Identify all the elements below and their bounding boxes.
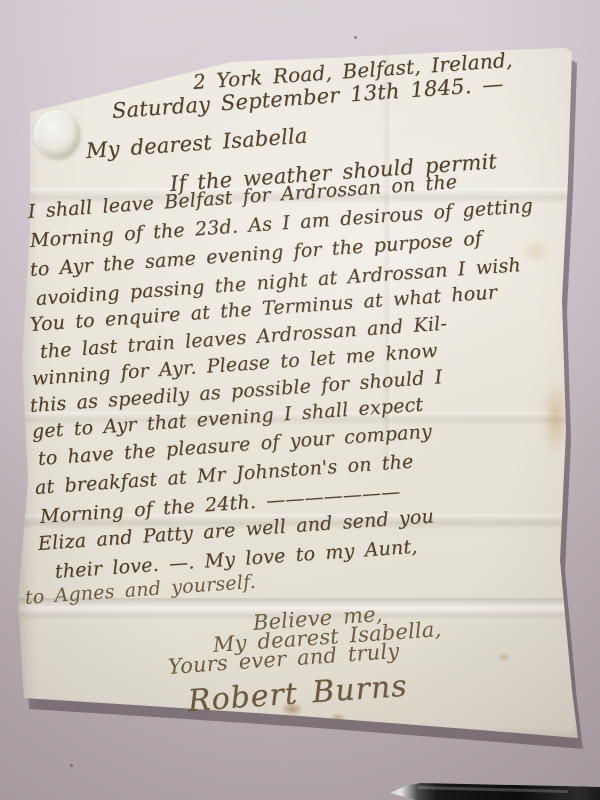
salutation-line: My dearest Isabella — [85, 124, 308, 163]
dust-speck — [354, 36, 357, 39]
dust-speck — [70, 764, 73, 767]
signature: Robert Burns — [187, 669, 409, 719]
handwritten-text: 2 York Road, Belfast, Ireland, Saturday … — [0, 0, 600, 800]
letter-photograph: 2 York Road, Belfast, Ireland, Saturday … — [0, 0, 600, 800]
